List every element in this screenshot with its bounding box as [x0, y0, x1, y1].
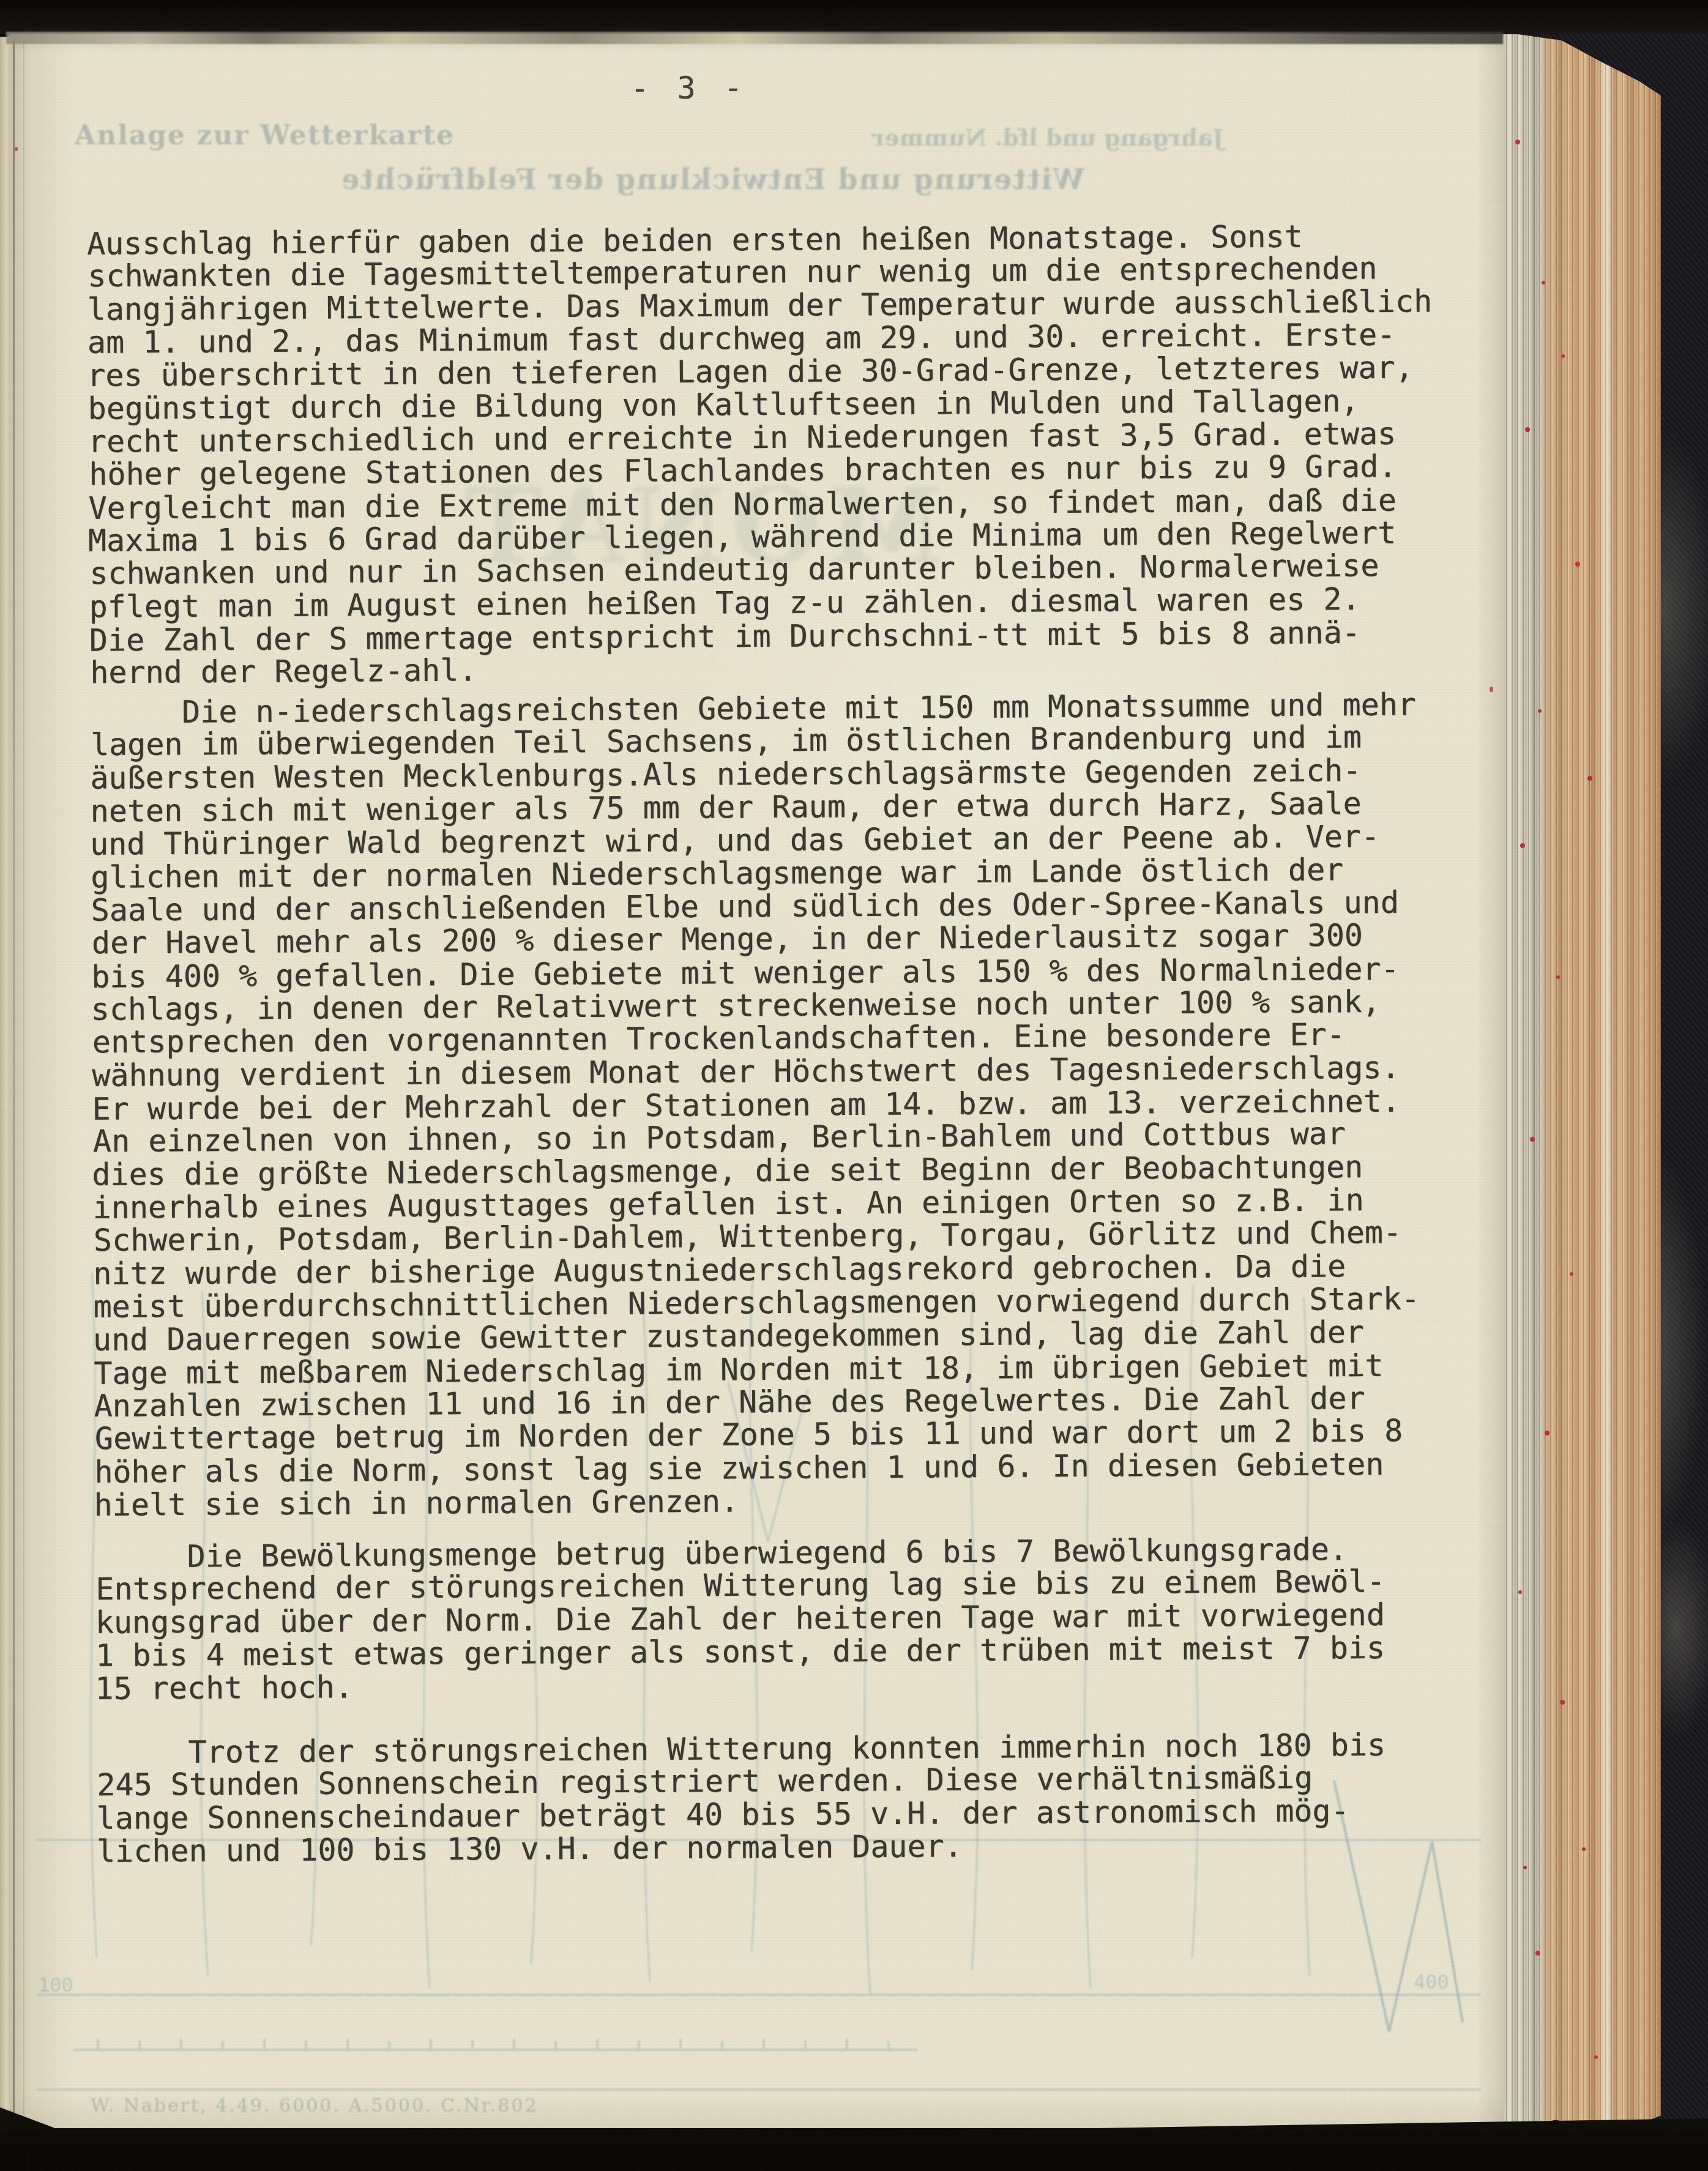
text-line: entsprechen den vorgenannten Trockenland… — [92, 1018, 1419, 1059]
text-line: Gewittertage betrug im Norden der Zone 5… — [95, 1414, 1422, 1455]
paragraph-sunshine: Trotz der störungsreichen Witterung konn… — [96, 1728, 1386, 1868]
text-line: Tage mit meßbarem Niederschlag im Norden… — [94, 1349, 1420, 1390]
text-line: dies die größte Niederschlagsmenge, die … — [92, 1150, 1419, 1191]
paragraph-temperature: Ausschlag hierfür gaben die beiden erste… — [87, 218, 1434, 689]
paragraph-cloudiness: Die Bewölkungsmenge betrug überwiegend 6… — [95, 1532, 1385, 1705]
text-line: res überschritt in den tieferen Lagen di… — [87, 351, 1432, 392]
paragraph-precipitation: Die n-iederschlagsreichsten Gebiete mit … — [90, 688, 1422, 1522]
red-ink-speck — [1490, 687, 1493, 692]
text-line: hielt sie sich in normalen Grenzen. — [94, 1481, 1420, 1522]
text-line: hernd der Regelz-ahl. — [90, 648, 1435, 689]
text-line: schwankten die Tagesmitteltemperaturen n… — [88, 251, 1433, 292]
scan-border-top — [0, 0, 1708, 34]
scanned-document-page: Anlage zur Wetterkarte Jahrgang und lfd.… — [0, 0, 1708, 2171]
text-line: lichen und 100 bis 130 v.H. der normalen… — [97, 1827, 1386, 1868]
typed-text-layer: - 3 - Ausschlag hierfür gaben die beiden… — [0, 0, 1708, 2171]
red-ink-speck — [15, 147, 18, 151]
text-line: schwanken und nur in Sachsen eindeutig d… — [89, 549, 1434, 590]
text-line: lagen im überwiegenden Teil Sachsens, im… — [91, 720, 1417, 761]
page-top-edge-smudge — [6, 32, 1503, 44]
text-line: Entsprechend der störungsreichen Witteru… — [95, 1565, 1385, 1606]
text-line: und Thüringer Wald begrenzt wird, und da… — [90, 820, 1417, 861]
text-line: 15 recht hoch. — [95, 1664, 1384, 1705]
text-line: 245 Stunden Sonnenschein registriert wer… — [97, 1760, 1386, 1801]
text-line: Schwerin, Potsdam, Berlin-Dahlem, Witten… — [94, 1216, 1420, 1257]
page-number: - 3 - — [630, 70, 747, 106]
